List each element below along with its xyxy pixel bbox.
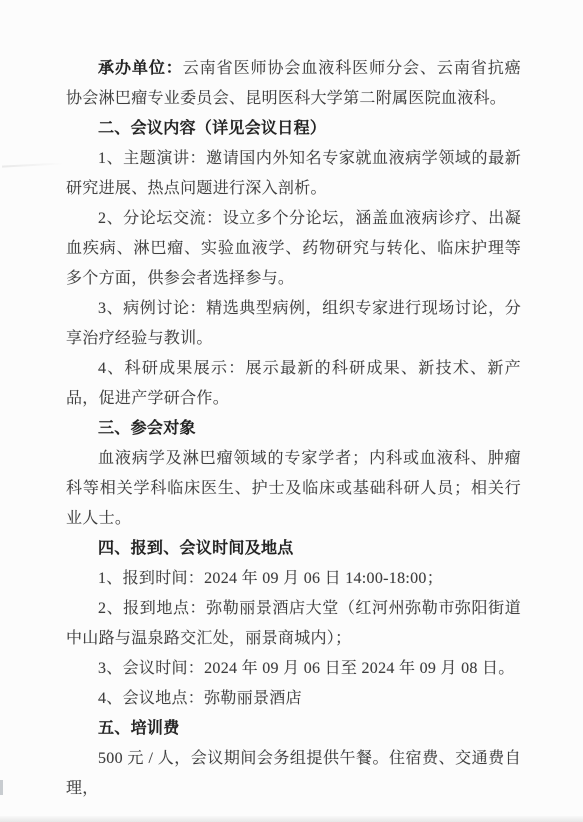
scan-edge-tick-artifact [0, 780, 3, 795]
scan-smudge-artifact [2, 162, 64, 167]
section-heading-registration-time-place: 四、报到、会议时间及地点 [66, 534, 521, 564]
scanned-document-page: 承办单位：云南省医师协会血液科医师分会、云南省抗癌协会淋巴瘤专业委员会、昆明医科… [0, 0, 583, 822]
paragraph-keynote-speeches: 1、主题演讲：邀请国内外知名专家就血液病学领域的最新研究进展、热点问题进行深入剖… [66, 144, 521, 204]
paragraph-registration-place: 2、报到地点：弥勒丽景酒店大堂（红河州弥勒市弥阳街道中山路与温泉路交汇处，丽景商… [66, 594, 521, 654]
section-heading-attendees: 三、参会对象 [66, 414, 521, 444]
paragraph-sub-forums: 2、分论坛交流：设立多个分论坛，涵盖血液病诊疗、出凝血疾病、淋巴瘤、实验血液学、… [66, 204, 521, 294]
document-body: 承办单位：云南省医师协会血液科医师分会、云南省抗癌协会淋巴瘤专业委员会、昆明医科… [66, 54, 521, 804]
host-organizer-label: 承办单位： [98, 60, 183, 77]
scan-bottom-edge-artifact [0, 816, 583, 822]
paragraph-attendee-scope: 血液病学及淋巴瘤领域的专家学者；内科或血液科、肿瘤科等相关学科临床医生、护士及临… [66, 444, 521, 534]
paragraph-case-discussion: 3、病例讨论：精选典型病例，组织专家进行现场讨论，分享治疗经验与教训。 [66, 294, 521, 354]
paragraph-meeting-time: 3、会议时间：2024 年 09 月 06 日至 2024 年 09 月 08 … [66, 654, 521, 684]
paragraph-meeting-place: 4、会议地点：弥勒丽景酒店 [66, 684, 521, 714]
paragraph-training-fee: 500 元 / 人，会议期间会务组提供午餐。住宿费、交通费自理， [66, 744, 521, 804]
section-heading-training-fee: 五、培训费 [66, 714, 521, 744]
paragraph-host-organizer: 承办单位：云南省医师协会血液科医师分会、云南省抗癌协会淋巴瘤专业委员会、昆明医科… [66, 54, 521, 114]
paragraph-registration-time: 1、报到时间：2024 年 09 月 06 日 14:00-18:00； [66, 564, 521, 594]
section-heading-meeting-content: 二、会议内容（详见会议日程） [66, 114, 521, 144]
paragraph-research-showcase: 4、科研成果展示：展示最新的科研成果、新技术、新产品，促进产学研合作。 [66, 354, 521, 414]
